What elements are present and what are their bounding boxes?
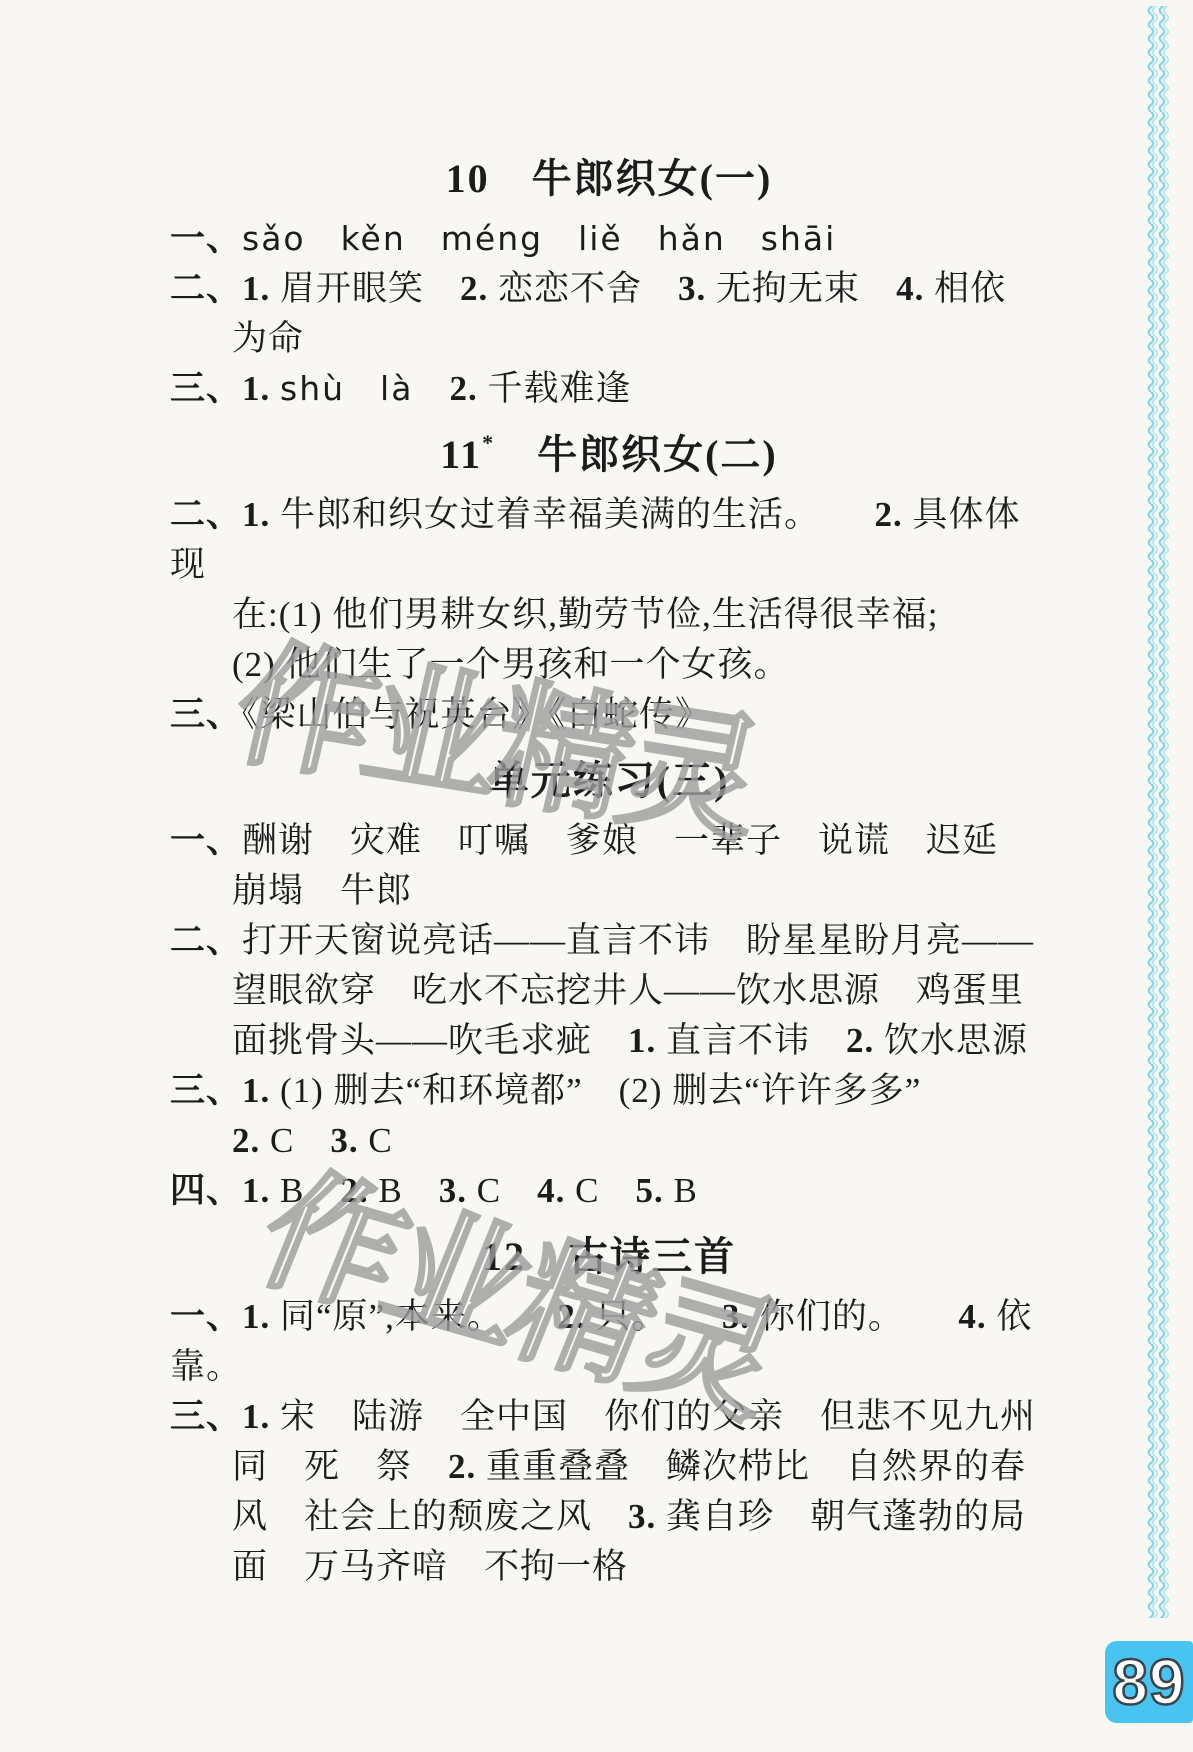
answer-line: 在:(1) 他们男耕女织,勤劳节俭,生活得很幸福; [170, 590, 1048, 640]
answer-line: 四、1. B 2. B 3. C 4. C 5. B [170, 1166, 1048, 1216]
section-title: 10 牛郎织女(一) [170, 156, 1048, 202]
page-number-badge: 89 [1105, 1641, 1193, 1723]
section-title: 单元练习(三) [170, 758, 1048, 804]
section-title: 11* 牛郎织女(二) [170, 432, 1048, 478]
answer-line: 三、1. shù là 2. 千载难逢 [170, 364, 1048, 414]
answer-line: 为命 [170, 314, 1048, 364]
answer-line: 三、1. (1) 删去“和环境都” (2) 删去“许许多多” [170, 1066, 1048, 1116]
page: 10 牛郎织女(一)一、sǎo kěn méng liě hǎn shāi二、1… [0, 0, 1193, 1752]
answer-line: 2. C 3. C [170, 1116, 1048, 1166]
answer-line: 同 死 祭 2. 重重叠叠 鳞次栉比 自然界的春 [170, 1442, 1048, 1492]
answer-line: 风 社会上的颓废之风 3. 龚自珍 朝气蓬勃的局 [170, 1492, 1048, 1542]
answer-line: 二、打开天窗说亮话——直言不讳 盼星星盼月亮—— [170, 916, 1048, 966]
section-lesson-12: 12 古诗三首一、1. 同“原”,本来。 2. 只。 3. 你们的。 4. 依靠… [170, 1234, 1048, 1592]
answer-line: 面 万马齐喑 不拘一格 [170, 1542, 1048, 1592]
wavy-border-icon [1145, 0, 1171, 1752]
answer-line: 一、酬谢 灾难 叮嘱 爹娘 一辈子 说谎 迟延 [170, 816, 1048, 866]
section-lesson-10: 10 牛郎织女(一)一、sǎo kěn méng liě hǎn shāi二、1… [170, 156, 1048, 414]
answer-line: 三、《梁山伯与祝英台》《白蛇传》 [170, 690, 1048, 740]
answer-line: 二、1. 牛郎和织女过着幸福美满的生活。 2. 具体体现 [170, 490, 1048, 590]
answer-line: 一、1. 同“原”,本来。 2. 只。 3. 你们的。 4. 依靠。 [170, 1292, 1048, 1392]
answer-line: 二、1. 眉开眼笑 2. 恋恋不舍 3. 无拘无束 4. 相依 [170, 264, 1048, 314]
section-unit-practice-3: 单元练习(三)一、酬谢 灾难 叮嘱 爹娘 一辈子 说谎 迟延崩塌 牛郎二、打开天… [170, 758, 1048, 1216]
answer-line: (2) 他们生了一个男孩和一个女孩。 [170, 640, 1048, 690]
page-number: 89 [1112, 1650, 1185, 1714]
answer-line: 崩塌 牛郎 [170, 866, 1048, 916]
answers-content: 10 牛郎织女(一)一、sǎo kěn méng liě hǎn shāi二、1… [170, 156, 1048, 1592]
answer-line: 一、sǎo kěn méng liě hǎn shāi [170, 214, 1048, 264]
section-title: 12 古诗三首 [170, 1234, 1048, 1280]
wavy-border-decoration [1145, 0, 1171, 1752]
answer-line: 望眼欲穿 吃水不忘挖井人——饮水思源 鸡蛋里 [170, 966, 1048, 1016]
answer-line: 三、1. 宋 陆游 全中国 你们的父亲 但悲不见九州 [170, 1392, 1048, 1442]
answer-line: 面挑骨头——吹毛求疵 1. 直言不讳 2. 饮水思源 [170, 1016, 1048, 1066]
section-lesson-11: 11* 牛郎织女(二)二、1. 牛郎和织女过着幸福美满的生活。 2. 具体体现在… [170, 432, 1048, 740]
